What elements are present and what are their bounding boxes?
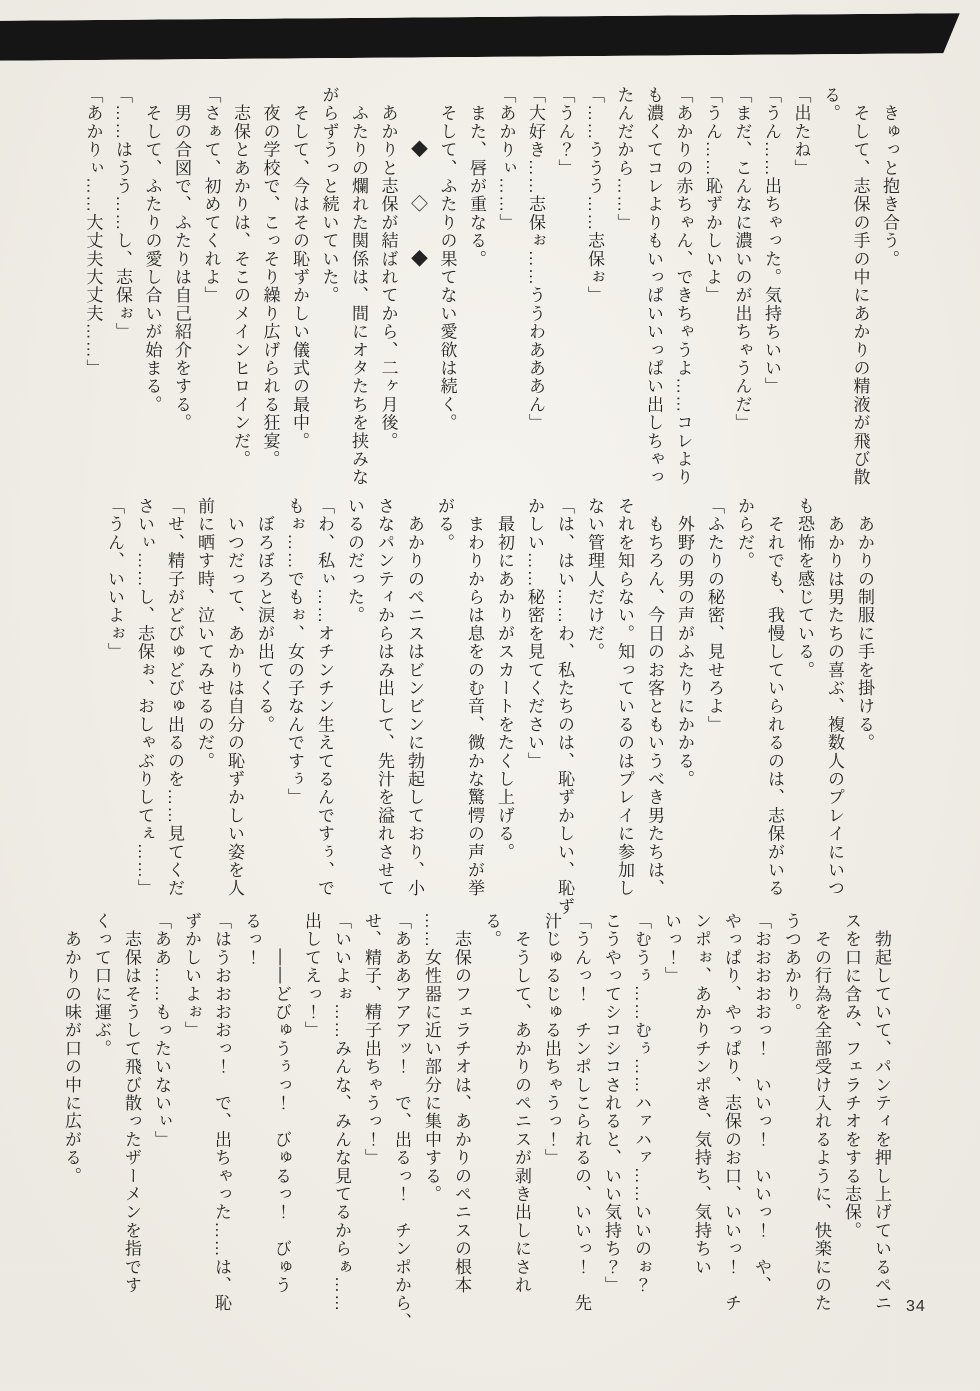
text-line: さなパンティからはみ出して、先汁を溢れさせて [369,497,399,907]
text-line: 「わ、私ぃ……オチンチン生えてるんですぅ、で [309,497,339,907]
text-line: こうやってシコシコされると、いい気持ち？」 [596,912,626,1332]
text-line: る。 [816,86,846,492]
text-line: 「いいよぉ……みんな、みんな見てるからぁ…… [326,912,356,1332]
text-line: 「あああアアアッ！ で、出るっ！ チンポから、 [386,912,416,1332]
text-line: ない管理人だけだ。 [579,497,609,907]
text-line: 「……ううう……志保ぉ」 [580,86,610,492]
text-line: 「は、はい……わ、私たちのは、恥ずかしい、恥ず [549,497,579,907]
text-line: それを知らない。知っているのはプレイに参加し [609,497,639,907]
text-line: がる。 [429,497,459,907]
text-line: ◆ ◇ ◆ [403,86,433,492]
text-line: もぉ……でもぉ、女の子なんですぅ」 [279,497,309,907]
text-line: かしい……秘密を見てください」 [519,497,549,907]
text-line: 「ああ……もったいないぃ」 [146,912,176,1332]
text-line: 「はうおおおおっ！ で、出ちゃった……は、恥 [206,912,236,1332]
text-line: あかりのペニスはビンビンに勃起しており、小 [399,497,429,907]
text-line: 「さぁて、初めてくれよ」 [196,86,226,492]
page-number: 34 [906,1298,926,1316]
text-line: ……女性器に近い部分に集中する。 [416,912,446,1332]
text-line: 志保のフェラチオは、あかりのペニスの根本 [446,912,476,1332]
text-line: 志保はそうして飛び散ったザーメンを指です [116,912,146,1332]
text-line: あかりは男たちの喜ぶ、複数人のプレイにいつ [819,497,849,907]
text-line: る。 [476,912,506,1332]
text-line: やっぱり、やっぱり、志保のお口、いいっ！ チ [716,912,746,1332]
text-line: いっ！」 [656,912,686,1332]
text-line: そうして、あかりのペニスが剥き出しにされ [506,912,536,1332]
text-line: 最初にあかりがスカートをたくし上げる。 [489,497,519,907]
scanned-page: きゅっと抱き合う。 そして、志保の手の中にあかりの精液が飛び散る。「出たね」「う… [0,0,980,1391]
text-line: それでも、我慢していられるのは、志保がいる [759,497,789,907]
text-line: あかりの制服に手を掛ける。 [849,497,879,907]
text-line: そして、ふたりの愛し合いが始まる。 [137,86,167,492]
text-line: 「せ、精子がどびゅどびゅ出るのを……見てくだ [159,497,189,907]
text-line: 「あかりの赤ちゃん、できちゃうよ……コレより [668,86,698,492]
text-section-bottom: 勃起していて、パンティを押し上げているペニスを口に含み、フェラチオをする志保。 … [56,912,896,1332]
text-line: 「あかりぃ……」 [491,86,521,492]
text-line: まわりからは息をのむ音、微かな驚愕の声が挙 [459,497,489,907]
text-line: また、唇が重なる。 [462,86,492,492]
text-line: たんだから……」 [609,86,639,492]
text-line: あかりの味が口の中に広がる。 [56,912,86,1332]
text-line: 夜の学校で、こっそり繰り広げられる狂宴。 [255,86,285,492]
text-line: そして、今はその恥ずかしい儀式の最中。 [285,86,315,492]
text-line: スを口に含み、フェラチオをする志保。 [836,912,866,1332]
text-line: きゅっと抱き合う。 [875,86,905,492]
text-line: 「おおおおおっ！ いいっ！ いいっ！ や、 [746,912,776,1332]
text-section-top: きゅっと抱き合う。 そして、志保の手の中にあかりの精液が飛び散る。「出たね」「う… [78,86,904,492]
text-line: 「うん……出ちゃった。気持ちいい」 [757,86,787,492]
text-line: がらずうっと続いていた。 [314,86,344,492]
text-line: 「うん、いいよぉ」 [99,497,129,907]
text-line: うつあかり。 [776,912,806,1332]
text-line: 「うんっ！ チンポしこられるの、いいっ！ 先 [566,912,596,1332]
text-line: ンポぉ、あかりチンポき、気持ち、気持ちい [686,912,716,1332]
text-line: あかりと志保が結ばれてから、二ヶ月後。 [373,86,403,492]
text-line: も濃くてコレよりもいっぱいいっぱい出しちゃっ [639,86,669,492]
text-line: ぼろぼろと涙が出てくる。 [249,497,279,907]
text-line: も恐怖を感じている。 [789,497,819,907]
text-line: 「うん……恥ずかしいよ」 [698,86,728,492]
text-line: 「ふたりの秘密、見せろよ」 [699,497,729,907]
text-line: 「……はうう……し、志保ぉ」 [108,86,138,492]
text-line: からだ。 [729,497,759,907]
text-line: そして、志保の手の中にあかりの精液が飛び散 [845,86,875,492]
text-line: 「大好き……志保ぉ……ううわあああん」 [521,86,551,492]
text-line: 「まだ、こんなに濃いのが出ちゃうんだ」 [727,86,757,492]
text-line: 外野の男の声がふたりにかかる。 [669,497,699,907]
text-line: 前に晒す時、泣いてみせるのだ。 [189,497,219,907]
text-line: さいぃ……し、志保ぉ、おしゃぶりしてぇ……」 [129,497,159,907]
text-line: 勃起していて、パンティを押し上げているペニ [866,912,896,1332]
text-line: 「むうぅ……むぅ……ハァハァ……いいのぉ？ [626,912,656,1332]
text-line: 汁じゅるじゅる出ちゃうっ！」 [536,912,566,1332]
text-line: いつだって、あかりは自分の恥ずかしい姿を人 [219,497,249,907]
text-line: もちろん、今日のお客ともいうべき男たちは、 [639,497,669,907]
text-line: ふたりの爛れた関係は、間にオタたちを挟みな [344,86,374,492]
text-line: るっ！ [236,912,266,1332]
text-line: 出してえっ！」 [296,912,326,1332]
text-line: ずかしいよぉ」 [176,912,206,1332]
text-line: 「あかりぃ……大丈夫大丈夫……」 [78,86,108,492]
text-line: その行為を全部受け入れるように、快楽にのた [806,912,836,1332]
text-line: 男の合図で、ふたりは自己紹介をする。 [167,86,197,492]
text-section-middle: あかりの制服に手を掛ける。 あかりは男たちの喜ぶ、複数人のプレイにいつも恐怖を感… [99,497,879,907]
text-line: せ、精子、精子出ちゃうっ！」 [356,912,386,1332]
text-line: 「出たね」 [786,86,816,492]
text-line: くって口に運ぶ。 [86,912,116,1332]
text-line: そして、ふたりの果てない愛欲は続く。 [432,86,462,492]
header-banner [0,13,960,61]
text-line: ――どびゅうぅっ！ びゅるっ！ びゅう [266,912,296,1332]
text-line: いるのだった。 [339,497,369,907]
text-line: 志保とあかりは、そこのメインヒロインだ。 [226,86,256,492]
text-line: 「うん？」 [550,86,580,492]
